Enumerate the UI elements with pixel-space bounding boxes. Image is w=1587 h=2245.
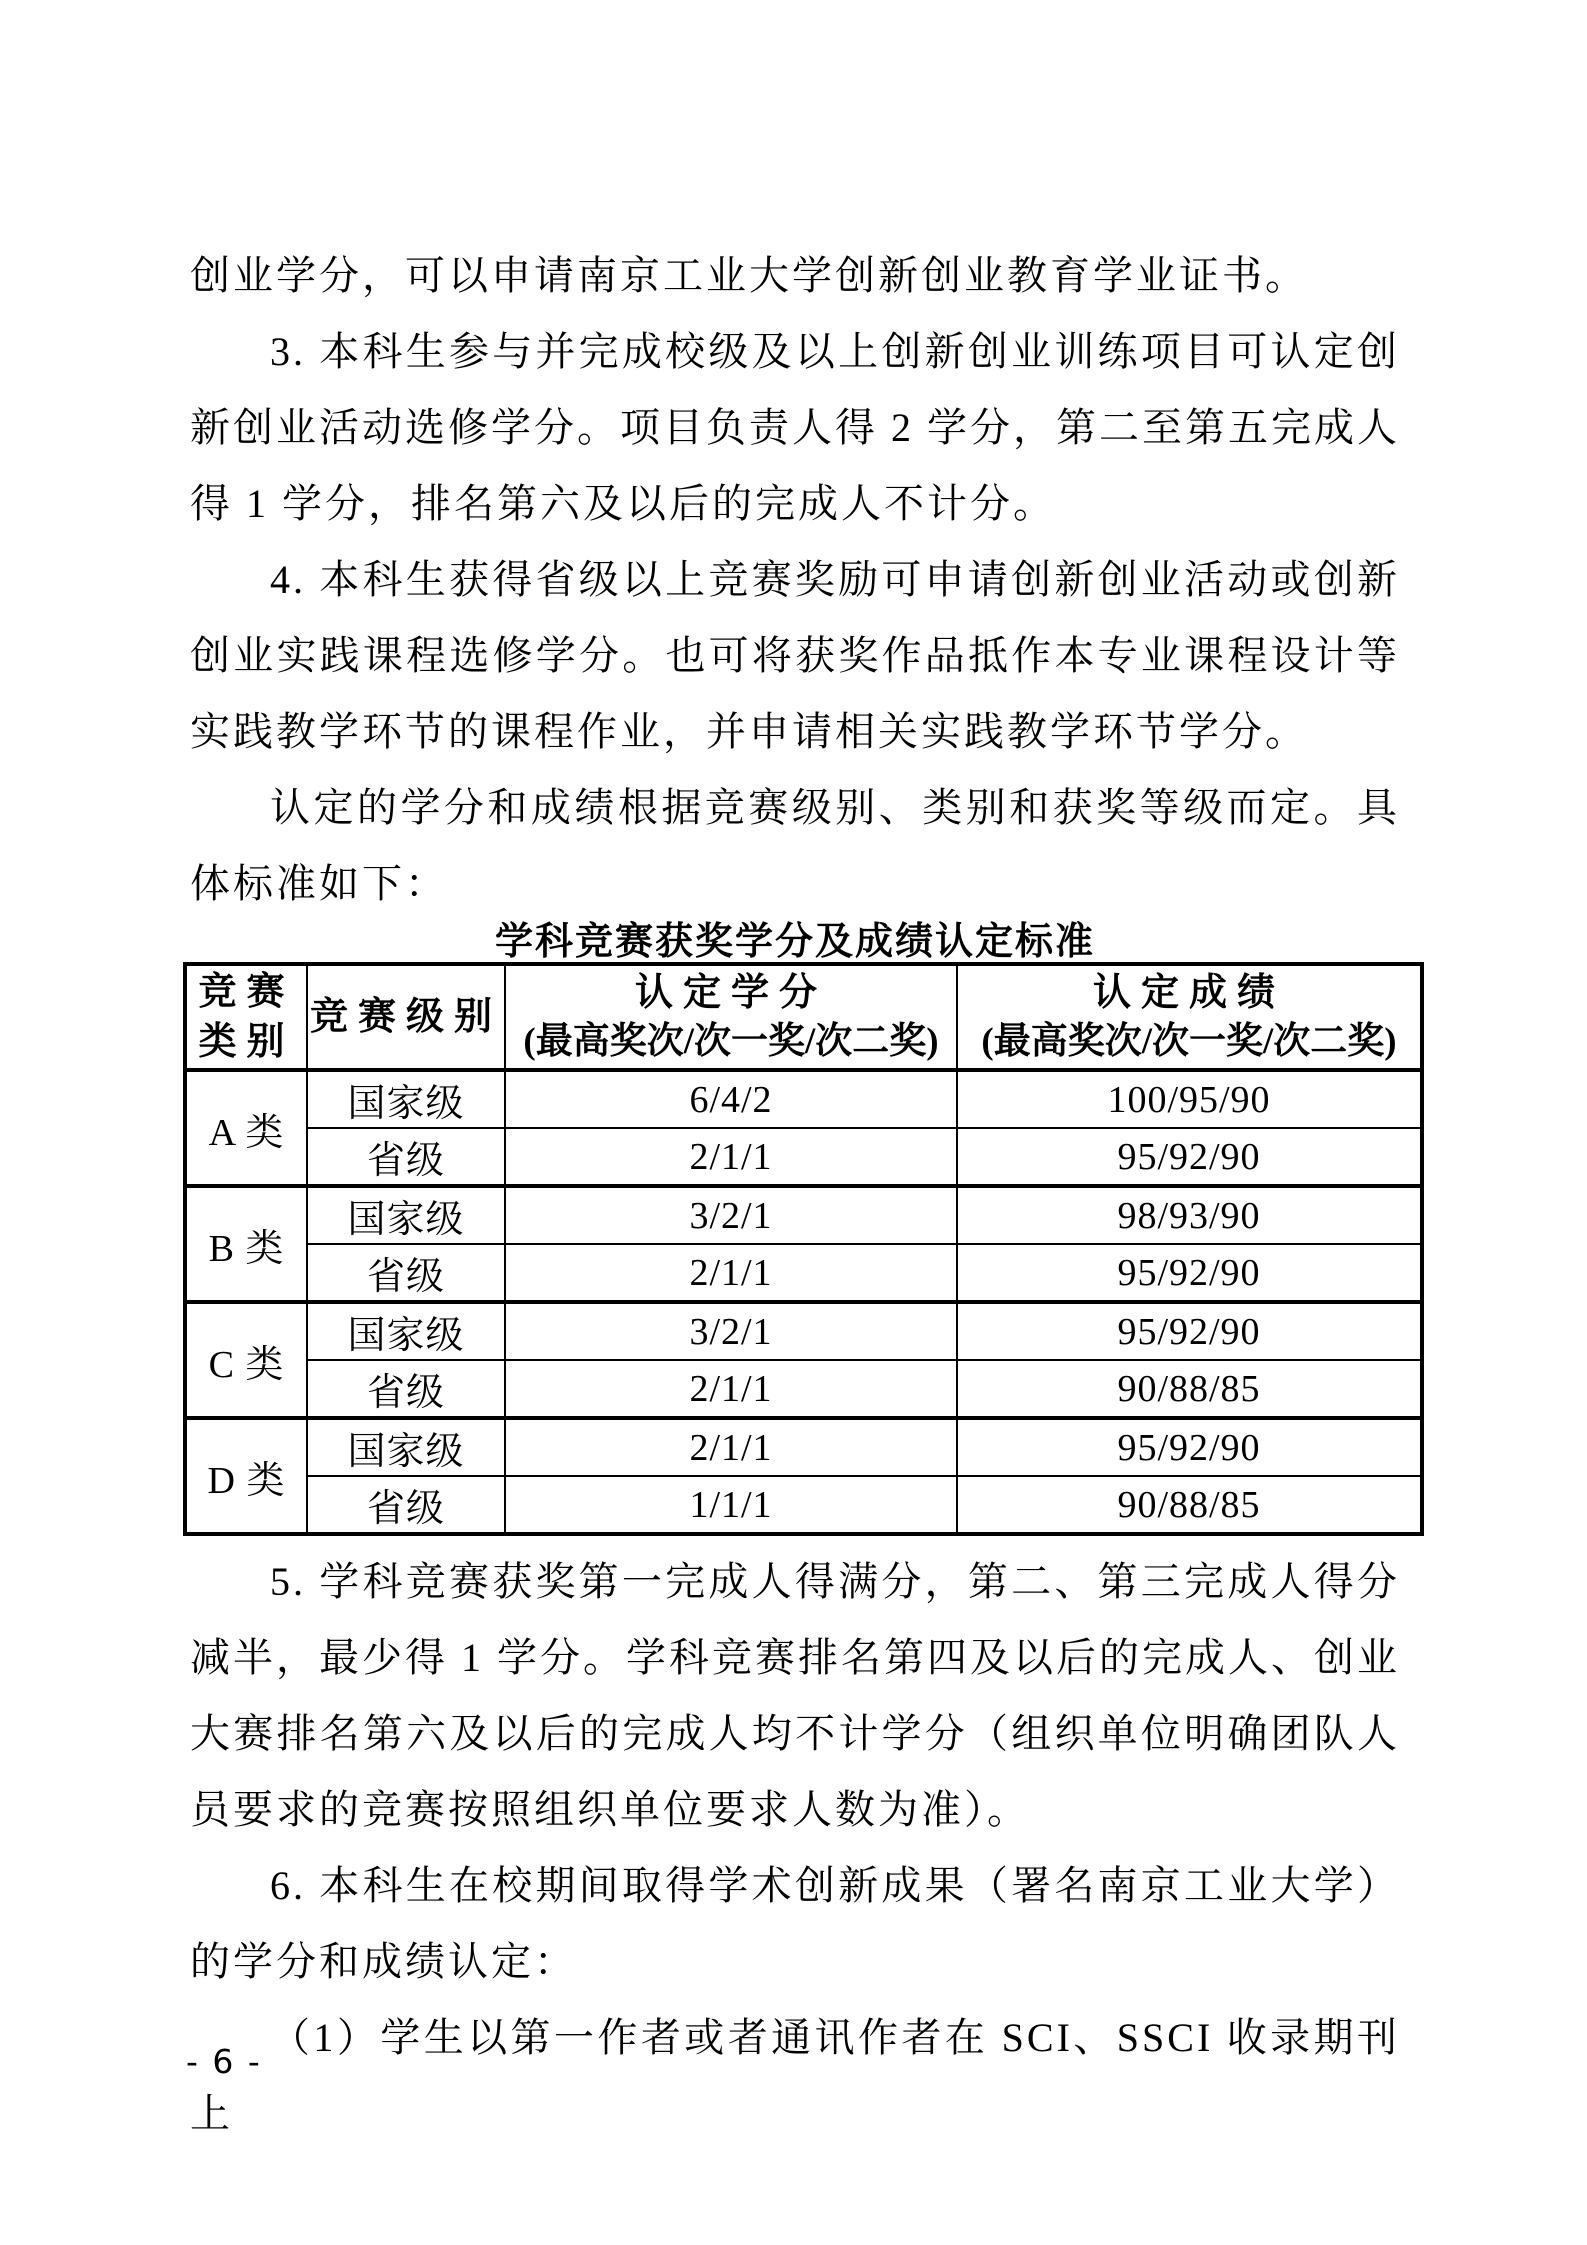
header-level-cell: 竞赛级别 [307,964,505,1070]
level-cell: 省级 [307,1476,505,1534]
score-cell: 95/92/90 [957,1244,1422,1302]
paragraph-standards-intro: 认定的学分和成绩根据竞赛级别、类别和获奖等级而定。具体标准如下： [190,770,1400,922]
credits-cell: 3/2/1 [505,1186,957,1244]
paragraph-item-4: 4. 本科生获得省级以上竞赛奖励可申请创新创业活动或创新创业实践课程选修学分。也… [190,542,1400,770]
header-category-line2: 类别 [187,1017,306,1067]
header-score-cell: 认定成绩 (最高奖次/次一奖/次二奖) [957,964,1422,1070]
level-cell: 省级 [307,1244,505,1302]
paragraph-intro-continuation: 创业学分，可以申请南京工业大学创新创业教育学业证书。 [190,238,1400,314]
header-score-label: 认定成绩 [958,968,1420,1018]
table-row: 省级 2/1/1 90/88/85 [185,1360,1422,1418]
header-category-line1: 竞赛 [187,967,306,1017]
header-credits-label: 认定学分 [506,968,956,1018]
document-page: 创业学分，可以申请南京工业大学创新创业教育学业证书。 3. 本科生参与并完成校级… [0,0,1587,2245]
score-cell: 90/88/85 [957,1360,1422,1418]
table-row: C 类 国家级 3/2/1 95/92/90 [185,1302,1422,1360]
table-row: 省级 2/1/1 95/92/90 [185,1128,1422,1186]
score-cell: 95/92/90 [957,1302,1422,1360]
credits-cell: 1/1/1 [505,1476,957,1534]
table-row: 省级 2/1/1 95/92/90 [185,1244,1422,1302]
score-cell: 98/93/90 [957,1186,1422,1244]
credits-cell: 3/2/1 [505,1302,957,1360]
header-category-cell: 竞赛 类别 [185,964,307,1070]
level-cell: 国家级 [307,1418,505,1476]
credits-cell: 2/1/1 [505,1244,957,1302]
category-cell-b: B 类 [185,1186,307,1302]
header-level-label: 竞赛级别 [308,992,504,1042]
paragraph-item-5: 5. 学科竞赛获奖第一完成人得满分，第二、第三完成人得分减半，最少得 1 学分。… [190,1544,1400,1848]
score-cell: 90/88/85 [957,1476,1422,1534]
category-cell-c: C 类 [185,1302,307,1418]
paragraph-item-1-sub: （1）学生以第一作者或者通讯作者在 SCI、SSCI 收录期刊上 [190,2000,1400,2152]
level-cell: 省级 [307,1128,505,1186]
table-header-row: 竞赛 类别 竞赛级别 认定学分 (最高奖次/次一奖/次二奖) 认定成绩 (最高奖… [185,964,1422,1070]
header-credits-sublabel: (最高奖次/次一奖/次二奖) [506,1018,956,1066]
score-cell: 95/92/90 [957,1418,1422,1476]
level-cell: 国家级 [307,1302,505,1360]
table-title: 学科竞赛获奖学分及成绩认定标准 [190,922,1400,962]
paragraph-item-6: 6. 本科生在校期间取得学术创新成果（署名南京工业大学）的学分和成绩认定： [190,1848,1400,2000]
credits-cell: 6/4/2 [505,1070,957,1128]
category-cell-d: D 类 [185,1418,307,1534]
paragraph-item-3: 3. 本科生参与并完成校级及以上创新创业训练项目可认定创新创业活动选修学分。项目… [190,314,1400,542]
level-cell: 国家级 [307,1070,505,1128]
score-cell: 100/95/90 [957,1070,1422,1128]
competition-credits-table: 竞赛 类别 竞赛级别 认定学分 (最高奖次/次一奖/次二奖) 认定成绩 (最高奖… [183,962,1424,1536]
score-cell: 95/92/90 [957,1128,1422,1186]
header-score-sublabel: (最高奖次/次一奖/次二奖) [958,1018,1420,1066]
header-credits-cell: 认定学分 (最高奖次/次一奖/次二奖) [505,964,957,1070]
level-cell: 省级 [307,1360,505,1418]
page-content: 创业学分，可以申请南京工业大学创新创业教育学业证书。 3. 本科生参与并完成校级… [190,238,1400,2152]
table-row: 省级 1/1/1 90/88/85 [185,1476,1422,1534]
category-cell-a: A 类 [185,1070,307,1186]
table-row: B 类 国家级 3/2/1 98/93/90 [185,1186,1422,1244]
credits-cell: 2/1/1 [505,1360,957,1418]
page-number: - 6 - [186,2042,262,2081]
credits-cell: 2/1/1 [505,1128,957,1186]
table-row: A 类 国家级 6/4/2 100/95/90 [185,1070,1422,1128]
credits-cell: 2/1/1 [505,1418,957,1476]
table-row: D 类 国家级 2/1/1 95/92/90 [185,1418,1422,1476]
level-cell: 国家级 [307,1186,505,1244]
